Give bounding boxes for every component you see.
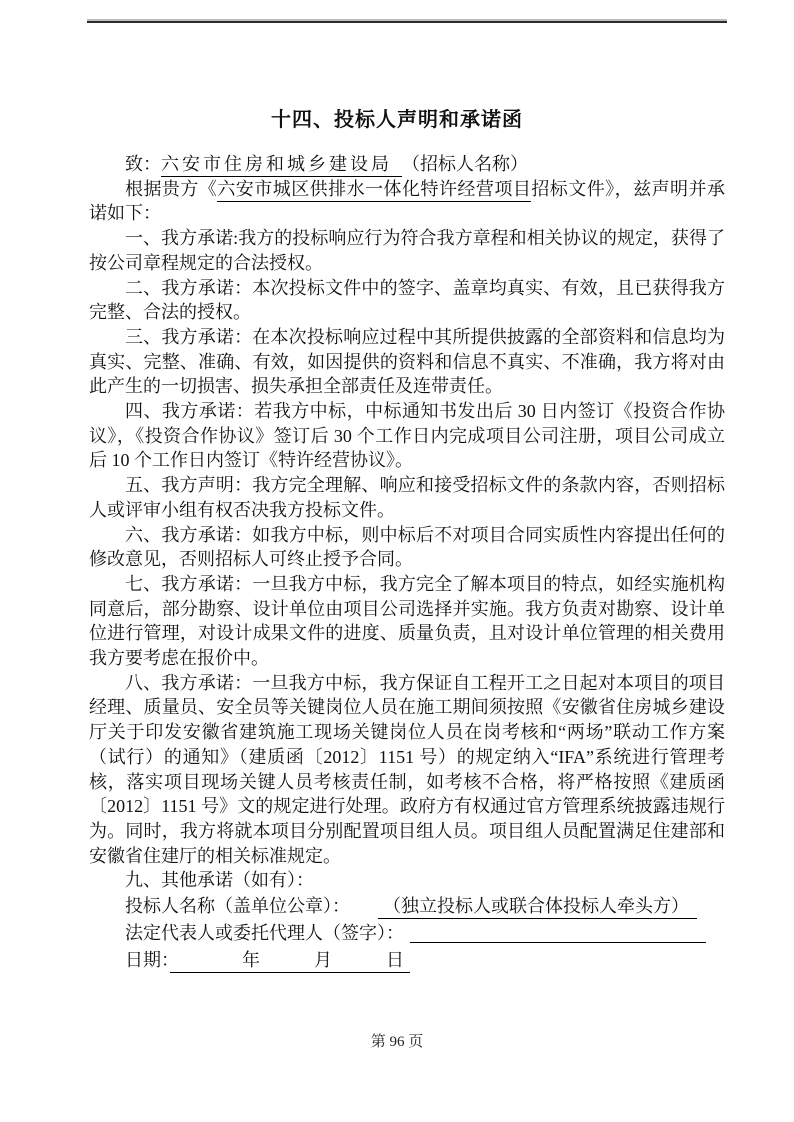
header-rule: [87, 21, 727, 23]
intro-paragraph: 根据贵方《六安市城区供排水一体化特许经营项目招标文件》，兹声明并承诺如下：: [89, 177, 725, 226]
page-footer: 第 96 页: [0, 1030, 794, 1051]
document-title: 十四、投标人声明和承诺函: [0, 109, 794, 131]
bidder-name-label: 投标人名称（盖单位公章）：: [125, 896, 350, 916]
clause-8: 八、我方承诺：一旦我方中标，我方保证自工程开工之日起对本项目的项目经理、质量员、…: [89, 671, 725, 869]
recipient-name: 六安市住房和城乡建设局: [161, 154, 402, 177]
representative-line: 法定代表人或委托代理人（签字）：: [89, 920, 725, 947]
page-number: 第 96 页: [371, 1034, 424, 1050]
date-line: 日期： 年 月 日: [89, 947, 725, 974]
date-label: 日期：: [125, 950, 170, 970]
clause-5: 五、我方声明：我方完全理解、响应和接受招标文件的条款内容，否则招标人或评审小组有…: [89, 473, 725, 522]
representative-label: 法定代表人或委托代理人（签字）：: [125, 923, 404, 943]
bidder-name-blank: （独立投标人或联合体投标人牵头方）: [378, 896, 697, 919]
document-page: 十四、投标人声明和承诺函 致：六安市住房和城乡建设局（招标人名称） 根据贵方《六…: [0, 0, 794, 1122]
salutation-prefix: 致：: [125, 154, 161, 174]
date-blank: 年 月 日: [170, 950, 410, 973]
salutation-suffix: （招标人名称）: [402, 154, 528, 174]
representative-signature-blank: [410, 924, 706, 943]
intro-prefix: 根据贵方《: [125, 179, 217, 199]
clause-6: 六、我方承诺：如我方中标，则中标后不对项目合同实质性内容提出任何的修改意见，否则…: [89, 523, 725, 572]
clause-1: 一、我方承诺:我方的投标响应行为符合我方章程和相关协议的规定，获得了按公司章程规…: [89, 226, 725, 275]
project-name: 六安市城区供排水一体化特许经营项目: [217, 179, 531, 202]
document-body: 致：六安市住房和城乡建设局（招标人名称） 根据贵方《六安市城区供排水一体化特许经…: [89, 152, 725, 974]
clause-4: 四、我方承诺：若我方中标，中标通知书发出后 30 日内签订《投资合作协议》，《投…: [89, 399, 725, 473]
clause-7: 七、我方承诺：一旦我方中标，我方完全了解本项目的特点，如经实施机构同意后，部分勘…: [89, 572, 725, 671]
clause-3: 三、我方承诺：在本次投标响应过程中其所提供披露的全部资料和信息均为真实、完整、准…: [89, 325, 725, 399]
clause-2: 二、我方承诺：本次投标文件中的签字、盖章均真实、有效，且已获得我方完整、合法的授…: [89, 276, 725, 325]
clause-9: 九、其他承诺（如有）：: [89, 868, 725, 893]
salutation-line: 致：六安市住房和城乡建设局（招标人名称）: [89, 152, 725, 177]
bidder-name-line: 投标人名称（盖单位公章）：（独立投标人或联合体投标人牵头方）: [89, 893, 725, 920]
